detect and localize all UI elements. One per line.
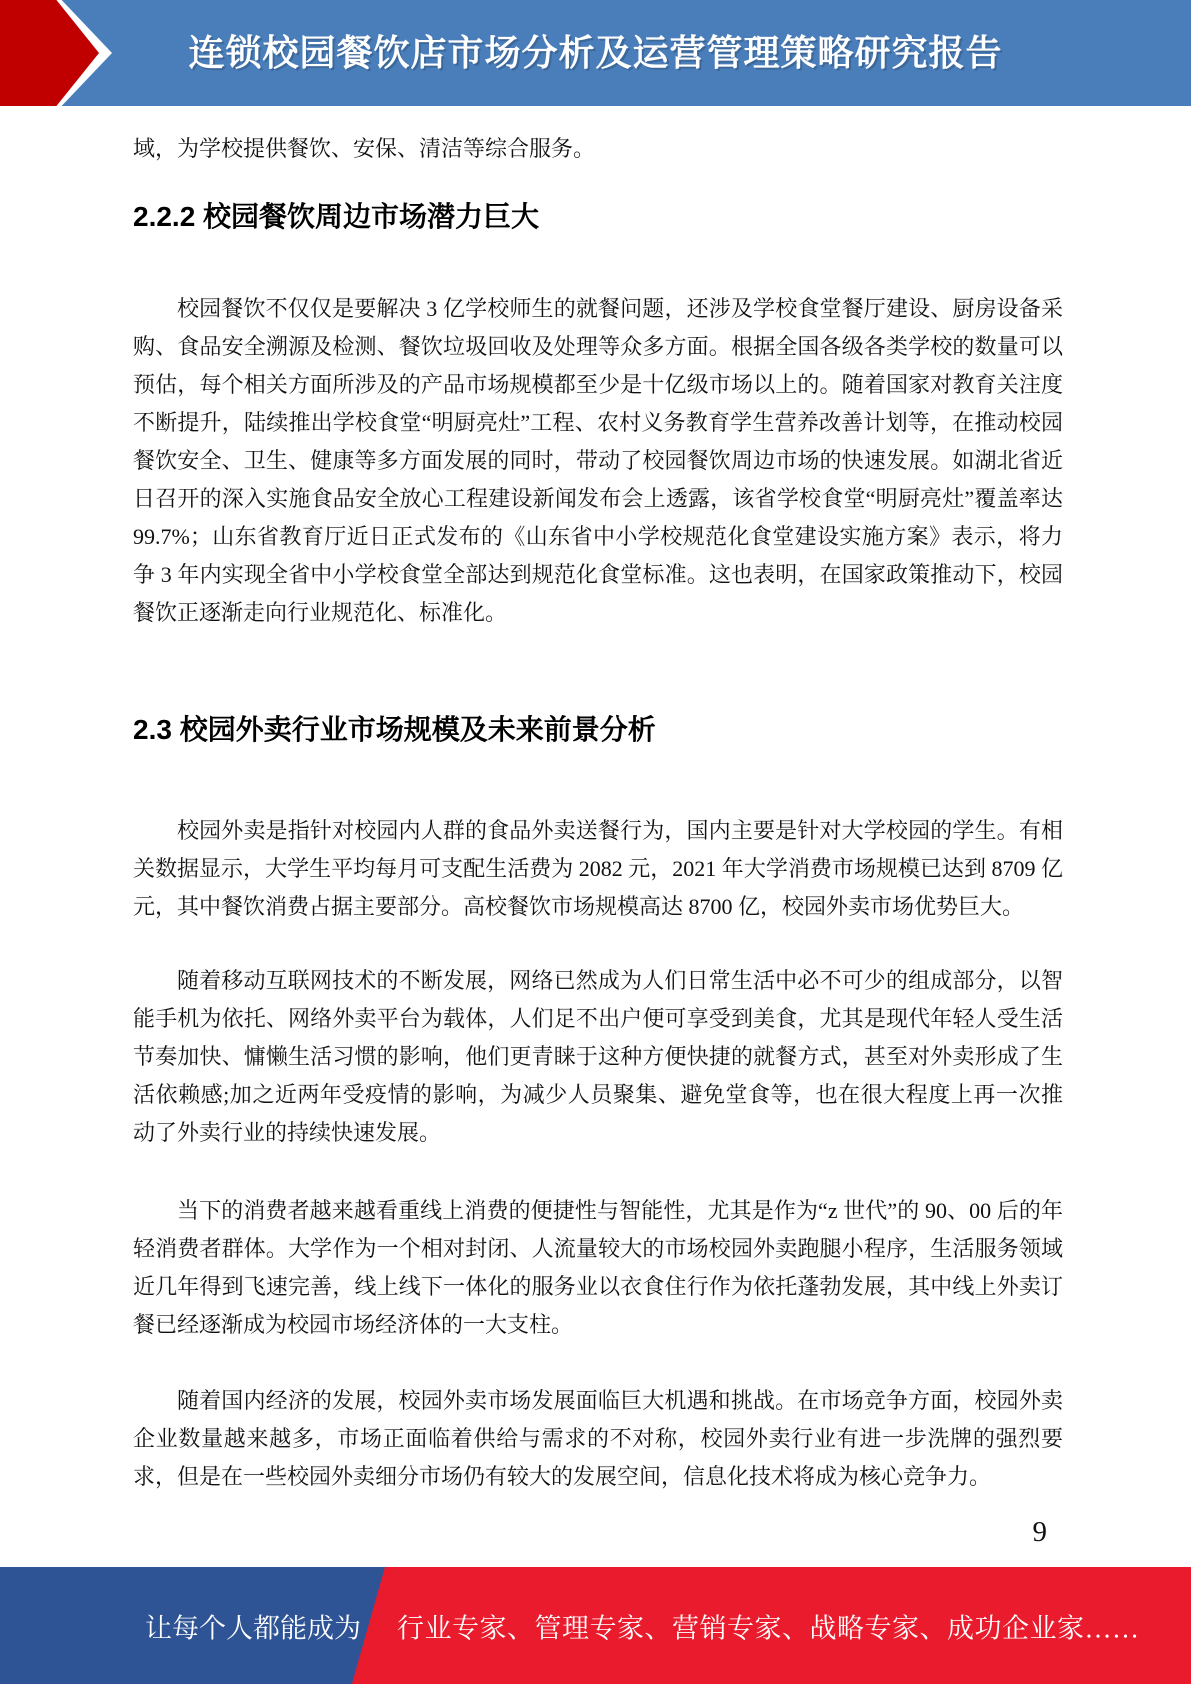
page-header: 连锁校园餐饮店市场分析及运营管理策略研究报告 [0,0,1191,106]
chevron-arrow-fill [0,0,99,106]
chevron-arrow-icon [0,0,112,106]
report-title: 连锁校园餐饮店市场分析及运营管理策略研究报告 [0,0,1191,106]
paragraph: 随着移动互联网技术的不断发展，网络已然成为人们日常生活中必不可少的组成部分，以智… [133,962,1063,1152]
page-footer: 让每个人都能成为 行业专家、管理专家、营销专家、战略专家、成功企业家…… [0,1567,1191,1684]
document-body: 域，为学校提供餐饮、安保、清洁等综合服务。 2.2.2 校园餐饮周边市场潜力巨大… [0,106,1191,1549]
footer-slogan-left: 让每个人都能成为 [145,1606,361,1645]
paragraph: 校园餐饮不仅仅是要解决 3 亿学校师生的就餐问题，还涉及学校食堂餐厅建设、厨房设… [133,290,1063,632]
paragraph: 当下的消费者越来越看重线上消费的便捷性与智能性，尤其是作为“z 世代”的 90、… [133,1192,1063,1344]
section-heading-2-2-2: 2.2.2 校园餐饮周边市场潜力巨大 [133,199,1063,235]
paragraph: 随着国内经济的发展，校园外卖市场发展面临巨大机遇和挑战。在市场竞争方面，校园外卖… [133,1382,1063,1496]
paragraph-continuation: 域，为学校提供餐饮、安保、清洁等综合服务。 [133,130,1063,168]
section-heading-2-3: 2.3 校园外卖行业市场规模及未来前景分析 [133,712,1063,748]
paragraph: 校园外卖是指针对校园内人群的食品外卖送餐行为，国内主要是针对大学校园的学生。有相… [133,812,1063,926]
footer-slogan-right: 行业专家、管理专家、营销专家、战略专家、成功企业家…… [397,1606,1140,1645]
page-number: 9 [133,1515,1063,1549]
